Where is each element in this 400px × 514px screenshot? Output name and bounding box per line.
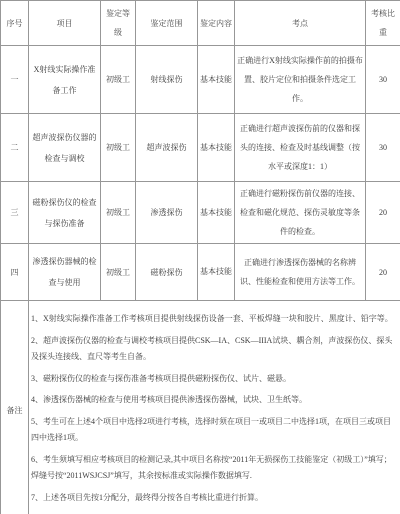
col-header-serial: 序号 (1, 1, 29, 46)
cell-serial: 三 (1, 182, 29, 244)
cell-content: 基本技能 (198, 46, 235, 114)
cell-serial: 四 (1, 244, 29, 301)
note-item: 2、超声波探伤仪器的检查与调校考核项目提供CSK—IA、CSK—IIIA试块、耦… (31, 333, 398, 366)
col-header-weight: 考核比重 (366, 1, 400, 46)
note-item: 7、上述各项目先按1分配分，最终得分按各自考核比重进行折算。 (31, 490, 398, 507)
cell-scope: 超声波探伤 (136, 114, 198, 182)
col-header-level: 鉴定等级 (101, 1, 136, 46)
table-row: 一 X射线实际操作准备工作 初级工 射线探伤 基本技能 正确进行X射线实际操作前… (1, 46, 400, 114)
cell-content: 基本技能 (198, 244, 235, 301)
cell-level: 初级工 (101, 46, 136, 114)
cell-scope: 射线探伤 (136, 46, 198, 114)
cell-level: 初级工 (101, 182, 136, 244)
table-row: 三 磁粉探伤仪的检查与探伤准备 初级工 渗透探伤 基本技能 正确进行磁粉探伤前仪… (1, 182, 400, 244)
cell-weight: 30 (366, 46, 400, 114)
notes-row: 备注 1、X射线实际操作准备工作考核项目提供射线探伤设备一套、平板焊缝一块和胶片… (1, 301, 400, 514)
cell-serial: 一 (1, 46, 29, 114)
assessment-table: 序号 项目 鉴定等级 鉴定范围 鉴定内容 考点 考核比重 一 X射线实际操作准备… (0, 0, 400, 514)
header-row: 序号 项目 鉴定等级 鉴定范围 鉴定内容 考点 考核比重 (1, 1, 400, 46)
cell-serial: 二 (1, 114, 29, 182)
document-page: { "table": { "headers": { "serial": "序号"… (0, 0, 400, 514)
cell-points: 正确进行渗透探伤器械的名称辨识、性能检查和使用方法等工作。 (235, 244, 366, 301)
col-header-project: 项目 (29, 1, 101, 46)
cell-points: 正确进行X射线实际操作前的拍摄布置、胶片定位和拍摄条件选定工作。 (235, 46, 366, 114)
table-row: 二 超声波探伤仪器的检查与调校 初级工 超声波探伤 基本技能 正确进行超声波探伤… (1, 114, 400, 182)
cell-level: 初级工 (101, 244, 136, 301)
cell-scope: 磁粉探伤 (136, 244, 198, 301)
col-header-content: 鉴定内容 (198, 1, 235, 46)
col-header-points: 考点 (235, 1, 366, 46)
table-row: 四 渗透探伤器械的检查与使用 初级工 磁粉探伤 基本技能 正确进行渗透探伤器械的… (1, 244, 400, 301)
cell-project: 超声波探伤仪器的检查与调校 (29, 114, 101, 182)
notes-label: 备注 (1, 301, 29, 514)
cell-content: 基本技能 (198, 114, 235, 182)
cell-project: 渗透探伤器械的检查与使用 (29, 244, 101, 301)
cell-project: 磁粉探伤仪的检查与探伤准备 (29, 182, 101, 244)
cell-weight: 20 (366, 182, 400, 244)
cell-scope: 渗透探伤 (136, 182, 198, 244)
note-item: 6、考生须填写相应考核项目的检测记录,其中项目名称按“2011年无损探伤工技能鉴… (31, 452, 398, 485)
cell-points: 正确进行磁粉探伤前仪器的连接、检查和磁化规范、探伤灵敏度等条件的检查。 (235, 182, 366, 244)
cell-points: 正确进行超声波探伤前的仪器和探头的连接、检查及时基线调整（按水平或深度1：1） (235, 114, 366, 182)
cell-weight: 20 (366, 244, 400, 301)
note-item: 1、X射线实际操作准备工作考核项目提供射线探伤设备一套、平板焊缝一块和胶片、黑度… (31, 311, 398, 328)
cell-weight: 30 (366, 114, 400, 182)
cell-content: 基本技能 (198, 182, 235, 244)
note-item: 4、渗透探伤器械的检查与使用考核项目提供渗透探伤器械，试块、卫生纸等。 (31, 392, 398, 409)
note-item: 3、磁粉探伤仪的检查与探伤准备考核项目提供磁粉探伤仪、试片、磁悬。 (31, 371, 398, 388)
cell-level: 初级工 (101, 114, 136, 182)
notes-cell: 1、X射线实际操作准备工作考核项目提供射线探伤设备一套、平板焊缝一块和胶片、黑度… (29, 301, 400, 514)
note-item: 5、考生可在上述4个项目中选择2项进行考核，选择时须在项目一或项目二中选择1项，… (31, 414, 398, 447)
col-header-scope: 鉴定范围 (136, 1, 198, 46)
cell-project: X射线实际操作准备工作 (29, 46, 101, 114)
